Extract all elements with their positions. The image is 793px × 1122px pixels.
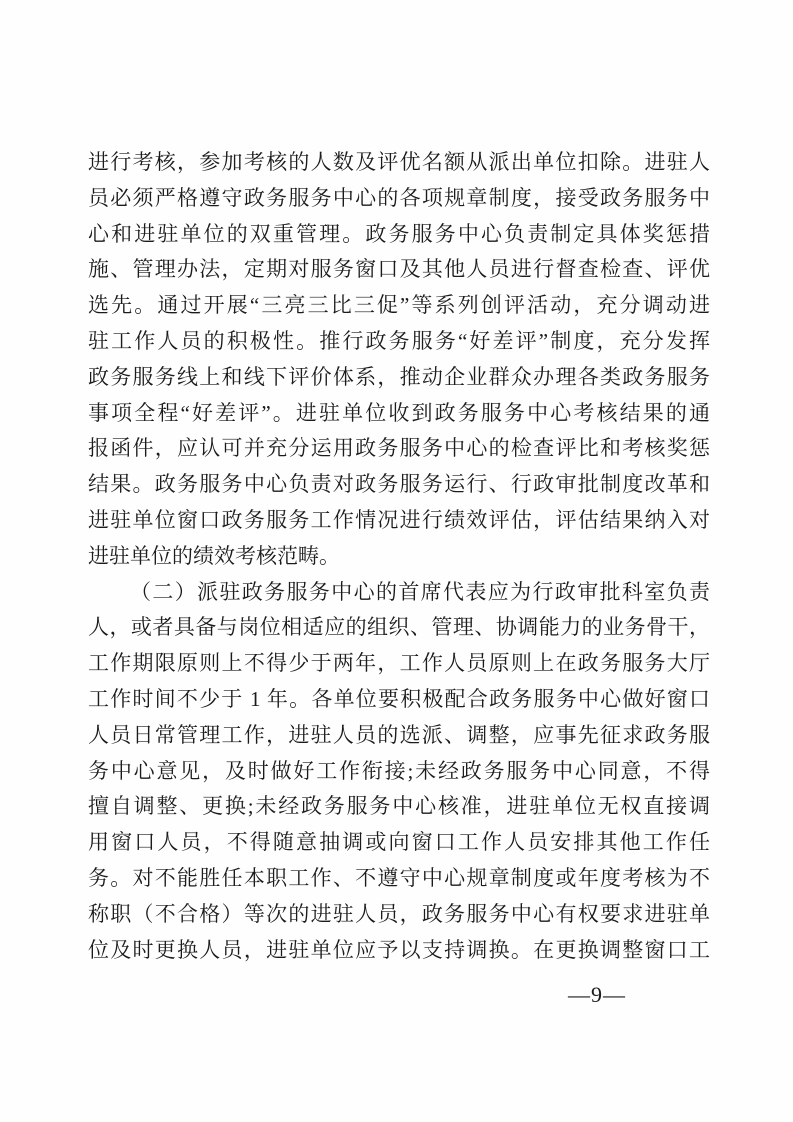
text-line: 选先。通过开展“三亮三比三促”等系列创评活动，充分调动进 [88,288,710,324]
text-line: 人员日常管理工作，进驻人员的选派、调整，应事先征求政务服 [88,718,710,754]
text-line: 擅自调整、更换;未经政务服务中心核准，进驻单位无权直接调 [88,789,710,825]
text-line: 用窗口人员，不得随意抽调或向窗口工作人员安排其他工作任 [88,825,710,861]
text-line: 驻工作人员的积极性。推行政务服务“好差评”制度，充分发挥 [88,324,710,360]
document-body: 进行考核，参加考核的人数及评优名额从派出单位扣除。进驻人员必须严格遵守政务服务中… [88,145,710,968]
paragraph: （二）派驻政务服务中心的首席代表应为行政审批科室负责人，或者具备与岗位相适应的组… [88,575,710,969]
text-line: 员必须严格遵守政务服务中心的各项规章制度，接受政务服务中 [88,181,710,217]
text-line: 政务服务线上和线下评价体系，推动企业群众办理各类政务服务 [88,360,710,396]
text-line: （二）派驻政务服务中心的首席代表应为行政审批科室负责 [88,575,710,611]
text-line: 报函件，应认可并充分运用政务服务中心的检查评比和考核奖惩 [88,431,710,467]
text-line: 事项全程“好差评”。进驻单位收到政务服务中心考核结果的通 [88,396,710,432]
text-line: 务中心意见，及时做好工作衔接;未经政务服务中心同意，不得 [88,754,710,790]
document-page: 进行考核，参加考核的人数及评优名额从派出单位扣除。进驻人员必须严格遵守政务服务中… [0,0,793,1122]
text-line: 结果。政务服务中心负责对政务服务运行、行政审批制度改革和 [88,467,710,503]
text-line: 工作时间不少于 1 年。各单位要积极配合政务服务中心做好窗口 [88,682,710,718]
text-line: 进行考核，参加考核的人数及评优名额从派出单位扣除。进驻人 [88,145,710,181]
text-line: 位及时更换人员，进驻单位应予以支持调换。在更换调整窗口工 [88,933,710,969]
page-number: —9— [568,982,626,1008]
text-line: 心和进驻单位的双重管理。政务服务中心负责制定具体奖惩措 [88,217,710,253]
text-line: 进驻单位窗口政务服务工作情况进行绩效评估，评估结果纳入对 [88,503,710,539]
text-line: 进驻单位的绩效考核范畴。 [88,539,710,575]
text-line: 务。对不能胜任本职工作、不遵守中心规章制度或年度考核为不 [88,861,710,897]
text-line: 施、管理办法，定期对服务窗口及其他人员进行督查检查、评优 [88,252,710,288]
text-line: 工作期限原则上不得少于两年，工作人员原则上在政务服务大厅 [88,646,710,682]
text-line: 称职（不合格）等次的进驻人员，政务服务中心有权要求进驻单 [88,897,710,933]
text-line: 人，或者具备与岗位相适应的组织、管理、协调能力的业务骨干， [88,610,710,646]
paragraph: 进行考核，参加考核的人数及评优名额从派出单位扣除。进驻人员必须严格遵守政务服务中… [88,145,710,575]
